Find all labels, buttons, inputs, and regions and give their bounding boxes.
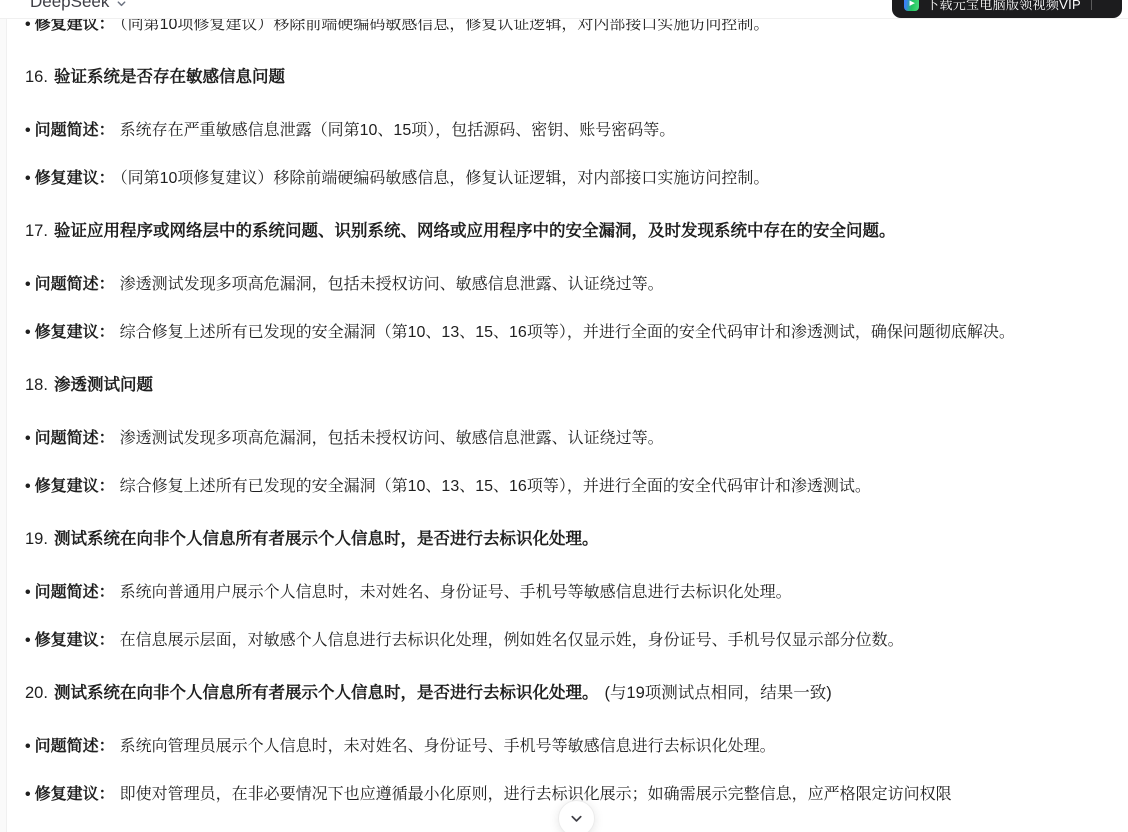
item-label: 修复建议： — [35, 786, 115, 803]
item-text: 综合修复上述所有已发现的安全漏洞（第10、13、15、16项等），并进行全面的安… — [120, 478, 871, 495]
list-item: •修复建议：在信息展示层面，对敏感个人信息进行去标识化处理，例如姓名仅显示姓，身… — [25, 623, 1114, 658]
bullet-marker: • — [25, 478, 31, 495]
heading-title: 测试系统在向非个人信息所有者展示个人信息时，是否进行去标识化处理。 — [54, 684, 599, 702]
list-item: •修复建议：（同第10项修复建议）移除前端硬编码敏感信息，修复认证逻辑，对内部接… — [25, 161, 1114, 196]
heading-title: 渗透测试问题 — [54, 376, 153, 394]
item-label: 问题简述： — [35, 430, 115, 447]
item-label: 问题简述： — [35, 276, 115, 293]
list-item: •问题简述：渗透测试发现多项高危漏洞，包括未授权访问、敏感信息泄露、认证绕过等。 — [25, 267, 1114, 302]
item-text: （同第10项修复建议）移除前端硬编码敏感信息，修复认证逻辑，对内部接口实施访问控… — [120, 170, 770, 187]
yuanbao-app-icon: ▶ — [904, 0, 919, 11]
heading-number: 16. — [25, 68, 48, 86]
item-label: 修复建议： — [35, 632, 115, 649]
item-text: 即使对管理员，在非必要情况下也应遵循最小化原则，进行去标识化展示；如确需展示完整… — [120, 786, 952, 803]
bullet-marker: • — [25, 632, 31, 649]
item-label: 修复建议： — [35, 170, 115, 187]
heading-number: 18. — [25, 376, 48, 394]
list-item: •修复建议：综合修复上述所有已发现的安全漏洞（第10、13、15、16项等），并… — [25, 469, 1114, 504]
item-text: 系统向普通用户展示个人信息时，未对姓名、身份证号、手机号等敏感信息进行去标识化处… — [120, 584, 792, 601]
heading-title: 测试系统在向非个人信息所有者展示个人信息时，是否进行去标识化处理。 — [54, 530, 599, 548]
item-text: 系统向管理员展示个人信息时，未对姓名、身份证号、手机号等敏感信息进行去标识化处理… — [120, 738, 776, 755]
chat-response-content: •修复建议：（同第10项修复建议）移除前端硬编码敏感信息，修复认证逻辑，对内部接… — [0, 0, 1128, 812]
promo-divider — [1091, 0, 1092, 10]
bullet-marker: • — [25, 738, 31, 755]
item-text: 系统存在严重敏感信息泄露（同第10、15项），包括源码、密钥、账号密码等。 — [120, 122, 676, 139]
item-text: 渗透测试发现多项高危漏洞，包括未授权访问、敏感信息泄露、认证绕过等。 — [120, 430, 664, 447]
list-item: •问题简述：系统向普通用户展示个人信息时，未对姓名、身份证号、手机号等敏感信息进… — [25, 575, 1114, 610]
section-heading-19: 19.测试系统在向非个人信息所有者展示个人信息时，是否进行去标识化处理。 — [25, 522, 1114, 557]
bullet-marker: • — [25, 170, 31, 187]
item-label: 问题简述： — [35, 584, 115, 601]
item-text: 渗透测试发现多项高危漏洞，包括未授权访问、敏感信息泄露、认证绕过等。 — [120, 276, 664, 293]
scroll-to-bottom-button[interactable] — [558, 800, 595, 832]
heading-number: 20. — [25, 684, 48, 702]
item-label: 修复建议： — [35, 478, 115, 495]
list-item: •问题简述：渗透测试发现多项高危漏洞，包括未授权访问、敏感信息泄露、认证绕过等。 — [25, 421, 1114, 456]
section-heading-17: 17.验证应用程序或网络层中的系统问题、识别系统、网络或应用程序中的安全漏洞，及… — [25, 214, 1114, 249]
bullet-marker: • — [25, 122, 31, 139]
list-item: •问题简述：系统向管理员展示个人信息时，未对姓名、身份证号、手机号等敏感信息进行… — [25, 729, 1114, 764]
heading-number: 17. — [25, 222, 48, 240]
promo-banner[interactable]: ▶ 下载元宝电脑版领视频VIP — [892, 0, 1122, 18]
chevron-down-icon — [116, 0, 127, 9]
heading-note: (与19项测试点相同，结果一致) — [604, 684, 831, 702]
promo-text: 下载元宝电脑版领视频VIP — [926, 0, 1081, 13]
heading-title: 验证应用程序或网络层中的系统问题、识别系统、网络或应用程序中的安全漏洞，及时发现… — [54, 222, 896, 240]
section-heading-18: 18.渗透测试问题 — [25, 368, 1114, 403]
heading-number: 19. — [25, 530, 48, 548]
item-label: 修复建议： — [35, 324, 115, 341]
bullet-marker: • — [25, 584, 31, 601]
sidebar-edge — [0, 19, 7, 832]
item-text: 综合修复上述所有已发现的安全漏洞（第10、13、15、16项等），并进行全面的安… — [120, 324, 1015, 341]
list-item: •修复建议：综合修复上述所有已发现的安全漏洞（第10、13、15、16项等），并… — [25, 315, 1114, 350]
item-text: 在信息展示层面，对敏感个人信息进行去标识化处理，例如姓名仅显示姓，身份证号、手机… — [120, 632, 904, 649]
section-heading-20: 20.测试系统在向非个人信息所有者展示个人信息时，是否进行去标识化处理。(与19… — [25, 676, 1114, 711]
brand-title: DeepSeek — [30, 0, 109, 12]
bullet-marker: • — [25, 786, 31, 803]
heading-title: 验证系统是否存在敏感信息问题 — [54, 68, 285, 86]
chevron-down-icon — [569, 811, 584, 826]
model-selector-button[interactable]: DeepSeek — [30, 0, 127, 12]
bullet-marker: • — [25, 430, 31, 447]
bullet-marker: • — [25, 276, 31, 293]
bullet-marker: • — [25, 324, 31, 341]
item-label: 问题简述： — [35, 738, 115, 755]
section-heading-16: 16.验证系统是否存在敏感信息问题 — [25, 60, 1114, 95]
item-label: 问题简述： — [35, 122, 115, 139]
list-item: •问题简述：系统存在严重敏感信息泄露（同第10、15项），包括源码、密钥、账号密… — [25, 113, 1114, 148]
